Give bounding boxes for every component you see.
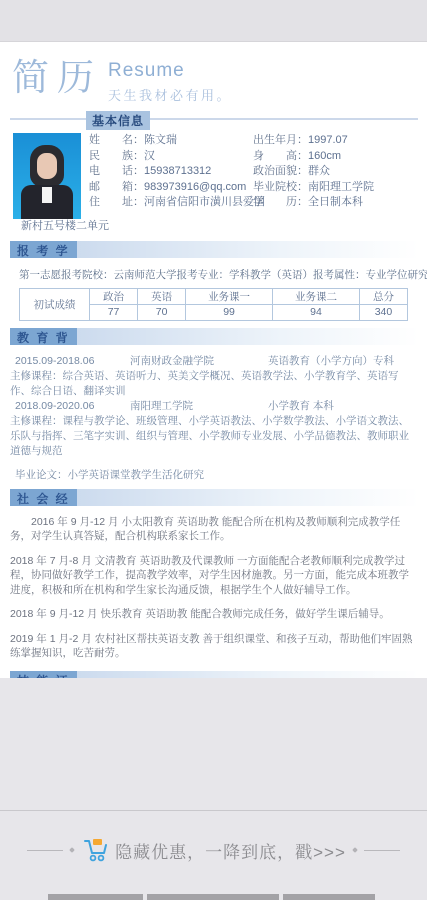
avatar xyxy=(13,133,81,219)
section-title-skills: 技 能 证 xyxy=(10,671,77,679)
info-row-degree: 学 历：全日制本科 xyxy=(253,195,419,211)
score-col-english: 英语 xyxy=(138,288,186,304)
application-info-line: 第一志愿报考院校：云南师范大学 报考专业：学科教学（英语） 报考属性：专业学位研… xyxy=(0,267,427,282)
info-row-college: 毕业院校：南阳理工学院 xyxy=(253,180,419,196)
edu-degree: 英语教育（小学方向）专科 xyxy=(268,354,417,369)
section-title-social: 社 会 经 xyxy=(10,489,77,506)
score-subject1: 99 xyxy=(186,304,273,320)
logo-cn-text: 简历 xyxy=(12,58,102,98)
edu-courses: 主修课程：综合英语、英语听力、英美文学概况、英语教学法、小学教育学、英语写作、综… xyxy=(10,369,417,399)
score-col-subject1: 业务课一 xyxy=(186,288,273,304)
shopping-cart-icon xyxy=(81,836,109,864)
social-item: 2018 年 7 月-8 月 文清教育 英语助教及代课教师 一方面能配合老教师顺… xyxy=(10,554,417,598)
info-label: 政治面貌： xyxy=(253,164,308,180)
section-title-basic-info: 基本信息 xyxy=(86,111,150,130)
application-type: 报考属性：专业学位研究生 xyxy=(313,267,427,282)
info-row-name: 姓 名：陈文瑞 xyxy=(89,133,247,149)
edu-school: 河南财政金融学院 xyxy=(130,354,268,369)
info-column-left: 姓 名：陈文瑞 民 族：汉 电 话：15938713312 邮 箱：983973… xyxy=(89,133,247,219)
score-col-total: 总分 xyxy=(359,288,407,304)
info-row-phone: 电 话：15938713312 xyxy=(89,164,247,180)
basic-info-header-row: 基本信息 xyxy=(0,111,427,127)
info-label: 出生年月： xyxy=(253,133,308,149)
social-item: 2016 年 9 月-12 月 小太阳教育 英语助教 能配合所在机构及教师顺利完… xyxy=(10,515,417,544)
application-major: 报考专业：学科教学（英语） xyxy=(177,267,314,282)
avatar-face xyxy=(37,153,57,179)
info-row-height: 身 高：160cm xyxy=(253,149,419,165)
edu-period: 2015.09-2018.06 xyxy=(10,354,130,369)
edu-school: 南阳理工学院 xyxy=(130,399,268,414)
decor-dot-left xyxy=(69,847,75,853)
score-col-politics: 政治 xyxy=(90,288,138,304)
info-value: 全日制本科 xyxy=(308,195,363,211)
section-divider xyxy=(0,810,427,811)
info-column-right: 出生年月：1997.07 身 高：160cm 政治面貌：群众 毕业院校：南阳理工… xyxy=(247,133,419,219)
edu-period: 2018.09-2020.06 xyxy=(10,399,130,414)
social-item: 2019 年 1 月-2 月 农村社区帮扶英语支教 善于组织课堂、和孩子互动，帮… xyxy=(10,632,417,661)
score-row-header: 初试成绩 xyxy=(20,288,90,320)
info-value: 南阳理工学院 xyxy=(308,180,374,196)
info-label: 住 址： xyxy=(89,195,144,211)
promo-text: 隐藏优惠，一降到底，戳>>> xyxy=(115,838,346,863)
info-label: 毕业院校： xyxy=(253,180,308,196)
info-row-birth: 出生年月：1997.07 xyxy=(253,133,419,149)
info-row-email: 邮 箱：983973916@qq.com xyxy=(89,180,247,196)
edu-degree: 小学教育 本科 xyxy=(268,399,417,414)
info-value: 汉 xyxy=(144,149,155,165)
decor-line-left xyxy=(27,850,63,851)
logo-en-text: Resume xyxy=(108,60,232,82)
social-section: 2016 年 9 月-12 月 小太阳教育 英语助教 能配合所在机构及教师顺利完… xyxy=(0,515,427,661)
education-section-header: 教 育 背 xyxy=(10,328,419,345)
info-value: 983973916@qq.com xyxy=(144,180,246,196)
score-table-header-row: 初试成绩 政治 英语 业务课一 业务课二 总分 xyxy=(20,288,408,304)
logo-slogan: 天生我材必有用。 xyxy=(108,85,232,104)
thumbnail-item[interactable] xyxy=(48,894,143,900)
basic-info-section: 姓 名：陈文瑞 民 族：汉 电 话：15938713312 邮 箱：983973… xyxy=(0,127,427,219)
social-item: 2018 年 9 月-12 月 快乐教育 英语助教 能配合教师完成任务，做好学生… xyxy=(10,607,417,622)
info-row-political: 政治面貌：群众 xyxy=(253,164,419,180)
info-row-address: 住 址：河南省信阳市潢川县爱国 xyxy=(89,195,247,211)
score-col-subject2: 业务课二 xyxy=(273,288,360,304)
thumbnail-item[interactable] xyxy=(147,894,279,900)
avatar-shirt xyxy=(42,187,52,203)
thumbnail-item[interactable] xyxy=(283,894,375,900)
info-label: 电 话： xyxy=(89,164,144,180)
info-label: 姓 名： xyxy=(89,133,144,149)
info-value: 1997.07 xyxy=(308,133,348,149)
section-header-band xyxy=(77,489,419,506)
education-section: 2015.09-2018.06 河南财政金融学院 英语教育（小学方向）专科 主修… xyxy=(0,354,427,483)
first-choice-school: 第一志愿报考院校：云南师范大学 xyxy=(19,267,177,282)
skills-section-header: 技 能 证 xyxy=(10,671,419,679)
status-bar xyxy=(0,0,427,42)
info-address-line2: 新村五号楼二单元 xyxy=(0,219,427,235)
info-label: 民 族： xyxy=(89,149,144,165)
info-label: 邮 箱： xyxy=(89,180,144,196)
score-politics: 77 xyxy=(90,304,138,320)
info-value: 15938713312 xyxy=(144,164,211,180)
decor-dot-right xyxy=(352,847,358,853)
header-divider-line xyxy=(10,118,418,120)
app-screen: 简历 Resume 天生我材必有用。 基本信息 姓 名：陈文瑞 民 族：汉 xyxy=(0,0,427,900)
section-header-band xyxy=(77,241,419,258)
score-english: 70 xyxy=(138,304,186,320)
social-section-header: 社 会 经 xyxy=(10,489,419,506)
education-entry: 2018.09-2020.06 南阳理工学院 小学教育 本科 xyxy=(10,399,417,414)
promo-banner[interactable]: 隐藏优惠，一降到底，戳>>> xyxy=(0,833,427,867)
resume-logo: 简历 Resume 天生我材必有用。 xyxy=(0,42,427,104)
education-entry: 2015.09-2018.06 河南财政金融学院 英语教育（小学方向）专科 xyxy=(10,354,417,369)
section-header-band xyxy=(77,328,419,345)
resume-page: 简历 Resume 天生我材必有用。 基本信息 姓 名：陈文瑞 民 族：汉 xyxy=(0,42,427,678)
info-value: 160cm xyxy=(308,149,341,165)
info-value: 陈文瑞 xyxy=(144,133,177,149)
section-title-education: 教 育 背 xyxy=(10,328,77,345)
decor-line-right xyxy=(364,850,400,851)
section-header-band xyxy=(77,671,419,679)
info-row-ethnicity: 民 族：汉 xyxy=(89,149,247,165)
info-value: 群众 xyxy=(308,164,330,180)
section-title-application: 报 考 学 xyxy=(10,241,77,258)
edu-courses: 主修课程：课程与教学论、班级管理、小学英语教法、小学数学教法、小学语文教法、乐队… xyxy=(10,414,417,459)
edu-thesis: 毕业论文：小学英语课堂教学生活化研究 xyxy=(10,468,417,483)
info-label: 身 高： xyxy=(253,149,308,165)
application-section-header: 报 考 学 xyxy=(10,241,419,258)
score-subject2: 94 xyxy=(273,304,360,320)
score-table: 初试成绩 政治 英语 业务课一 业务课二 总分 77 70 99 94 340 xyxy=(19,288,408,321)
thumbnail-strip xyxy=(0,894,427,900)
score-total: 340 xyxy=(359,304,407,320)
info-label: 学 历： xyxy=(253,195,308,211)
